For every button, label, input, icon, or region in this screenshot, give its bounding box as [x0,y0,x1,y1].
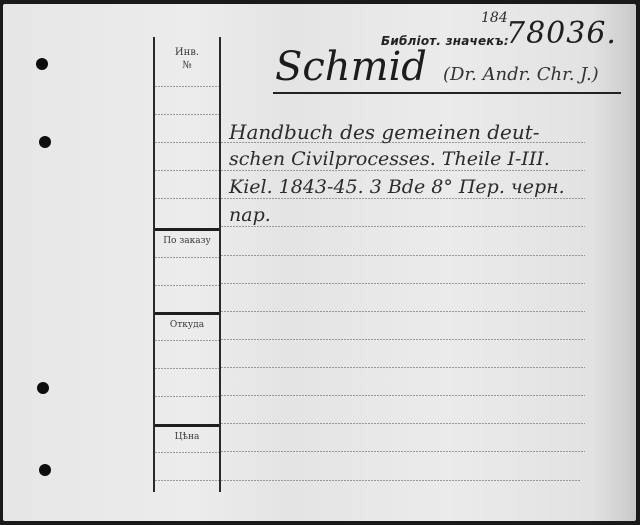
catalog-card: Инв. № По заказу Откуда Цѣна Библіот. зн… [3,4,636,521]
punch-hole [37,382,49,394]
price-label: Цѣна [154,432,220,442]
section-divider [155,312,219,315]
entry-rule [221,480,581,481]
entry-line-2: schen Civilprocesses. Theile I-III. [229,148,550,170]
column-rule [155,452,219,453]
column-rule [155,340,219,341]
entry-rule [221,367,585,368]
column-rule [155,480,219,481]
entry-rule [221,339,585,340]
entry-rule [221,395,585,396]
author-given-names: (Dr. Andr. Chr. J.) [443,64,599,85]
column-rule [155,170,219,171]
punch-hole [39,464,51,476]
entry-rule [221,451,585,452]
entry-rule [221,255,585,256]
entry-rule [221,198,585,199]
entry-rule [221,423,585,424]
entry-rule [221,283,585,284]
shelf-prefix: 184 [481,10,508,26]
entry-rule [221,226,585,227]
shelf-number: 78036. [506,16,617,51]
punch-hole [39,136,51,148]
column-rule [155,396,219,397]
entry-line-4: пар. [229,204,271,226]
punch-hole [36,58,48,70]
entry-rule [221,170,585,171]
column-rule [155,285,219,286]
inventory-label: Инв. № [154,46,220,72]
author-underline [273,92,621,94]
section-divider [155,424,219,427]
entry-rule [221,311,585,312]
column-rule [155,142,219,143]
entry-line-3: Kiel. 1843-45. 3 Bde 8° Пер. черн. [229,176,565,198]
entry-line-1: Handbuch des gemeinen deut- [229,120,540,144]
author-surname: Schmid [275,44,427,90]
column-rule [155,257,219,258]
source-label: Откуда [154,320,220,330]
column-rule [155,368,219,369]
order-label: По заказу [154,236,220,246]
column-rule [155,86,219,87]
column-rule [155,114,219,115]
column-rule [155,198,219,199]
section-divider [155,228,219,231]
